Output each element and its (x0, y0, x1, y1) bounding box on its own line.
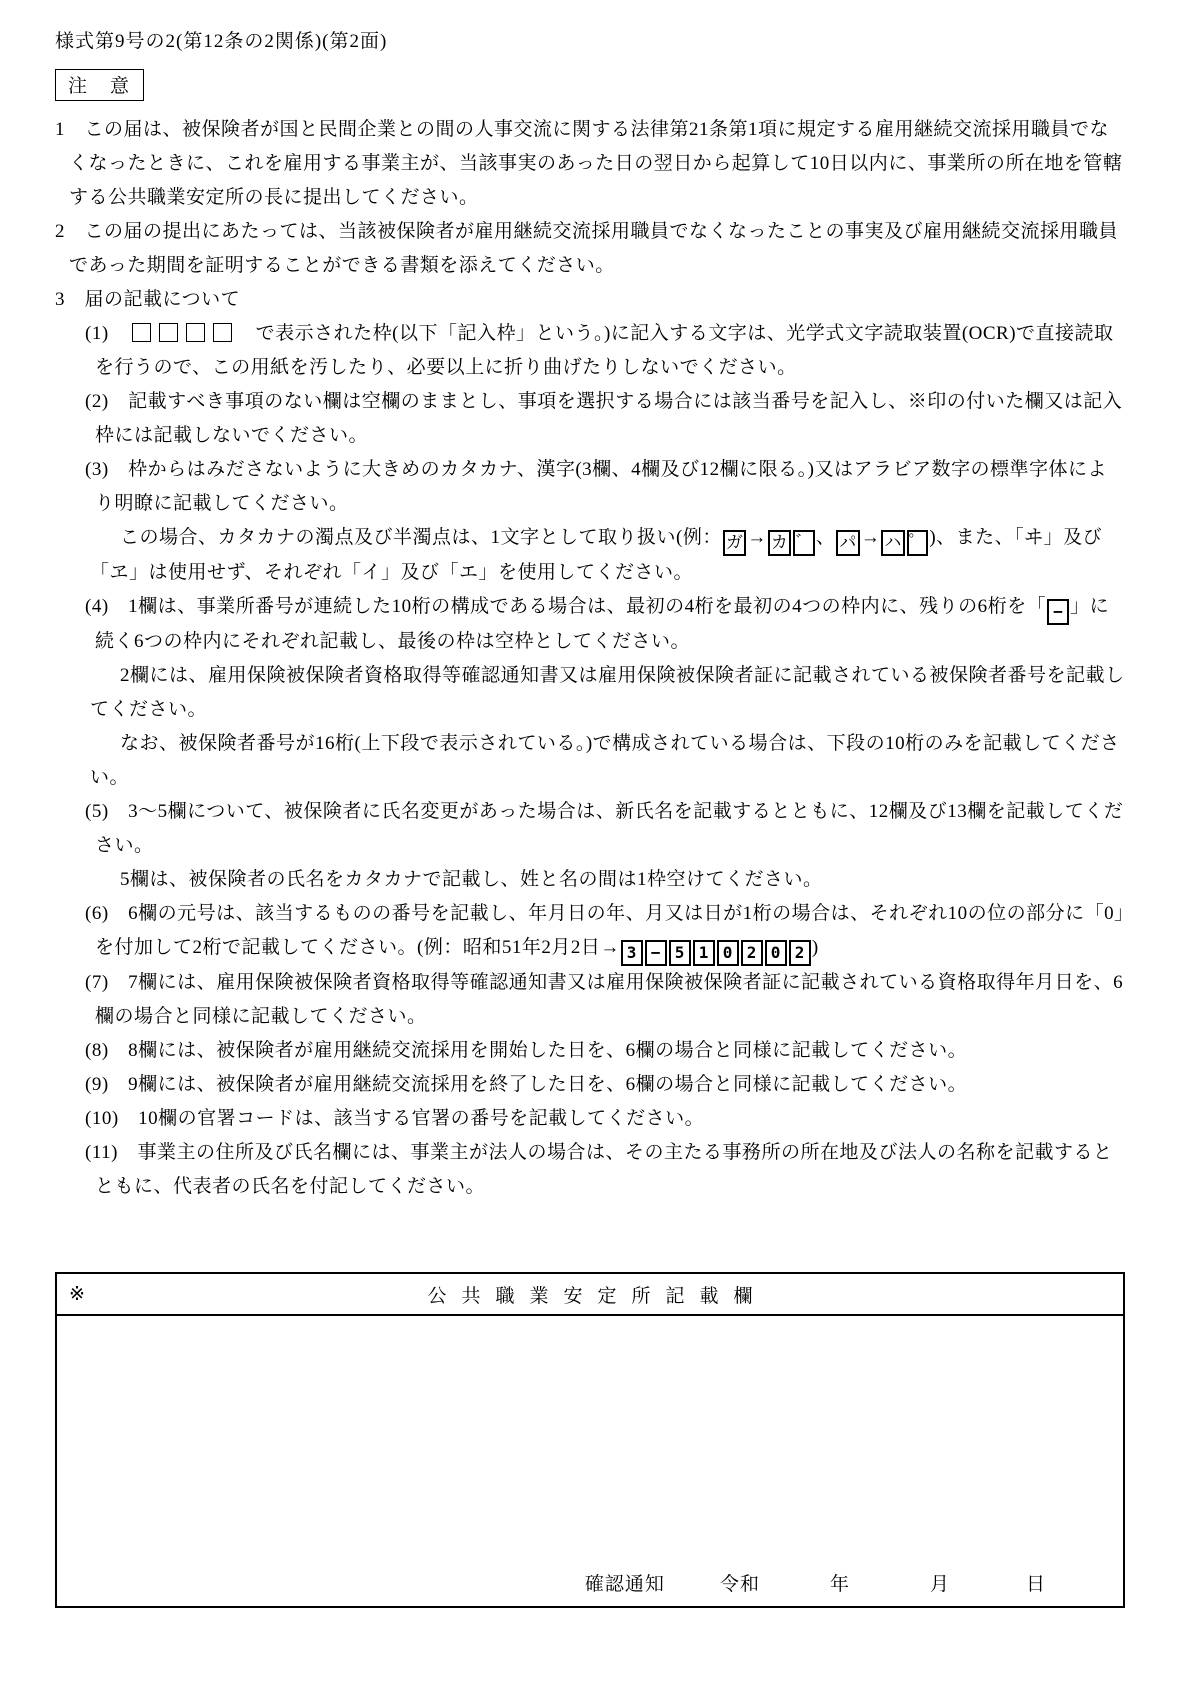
page: { "page": { "title": "様式第9号の2(第12条の2関係)(… (0, 0, 1181, 1695)
entry-box (159, 323, 178, 342)
form-number-title: 様式第9号の2(第12条の2関係)(第2面) (55, 30, 1125, 54)
day-label: 日 (1026, 1569, 1046, 1596)
instruction-paragraph: 5欄は、被保険者の氏名をカタカナで記載し、姓と名の間は1枠空けてください。 (55, 863, 1125, 897)
month-label: 月 (930, 1569, 950, 1596)
office-use-box: ※ 公共職業安定所記載欄 確認通知 令和 年 月 日 (55, 1272, 1125, 1608)
instruction-paragraph: (7) 7欄には、雇用保険被保険者資格取得等確認通知書又は雇用保険被保険者証に記… (55, 966, 1125, 1034)
instruction-paragraph: (8) 8欄には、被保険者が雇用継続交流採用を開始した日を、6欄の場合と同様に記… (55, 1034, 1125, 1068)
instruction-paragraph: (6) 6欄の元号は、該当するものの番号を記載し、年月日の年、月又は日が1桁の場… (55, 897, 1125, 966)
instruction-paragraph: (9) 9欄には、被保険者が雇用継続交流採用を終了した日を、6欄の場合と同様に記… (55, 1068, 1125, 1102)
era-label: 令和 (720, 1569, 760, 1596)
ocr-box-char: ゜ (907, 530, 929, 556)
confirm-notice-label: 確認通知 (585, 1569, 665, 1596)
instruction-paragraph: (5) 3〜5欄について、被保険者に氏名変更があった場合は、新氏名を記載するとと… (55, 795, 1125, 863)
ocr-box-char: 0 (717, 940, 739, 966)
ocr-box-char: 2 (789, 940, 811, 966)
year-label: 年 (830, 1569, 850, 1596)
ocr-box-char: − (645, 940, 667, 966)
instruction-paragraph: 3 届の記載について (55, 283, 1125, 317)
instruction-paragraph: この場合、カタカナの濁点及び半濁点は、1文字として取り扱い(例：ガ→カ゛、パ→ハ… (55, 521, 1125, 590)
office-box-header: ※ 公共職業安定所記載欄 (57, 1274, 1123, 1316)
ocr-box-char: パ (836, 530, 860, 556)
ocr-box-char: 0 (765, 940, 787, 966)
form-sheet: 様式第9号の2(第12条の2関係)(第2面) 注 意 1 この届は、被保険者が国… (0, 0, 1181, 1695)
instruction-paragraph: (2) 記載すべき事項のない欄は空欄のままとし、事項を選択する場合には該当番号を… (55, 385, 1125, 453)
instructions: 1 この届は、被保険者が国と民間企業との間の人事交流に関する法律第21条第1項に… (55, 113, 1125, 1204)
office-box-footer: 確認通知 令和 年 月 日 (57, 1569, 1123, 1606)
instruction-paragraph: (3) 枠からはみださないように大きめのカタカナ、漢字(3欄、4欄及び12欄に限… (55, 453, 1125, 521)
entry-box (213, 323, 232, 342)
notice-label: 注 意 (68, 76, 131, 97)
ocr-box-char: − (1047, 599, 1069, 625)
entry-box (186, 323, 205, 342)
ocr-box-char: カ (768, 530, 792, 556)
ocr-box-char: 3 (621, 940, 643, 966)
instruction-paragraph: なお、被保険者番号が16桁(上下段で表示されている。)で構成されている場合は、下… (55, 727, 1125, 795)
office-box-body (57, 1316, 1123, 1569)
ocr-box-char: ハ (881, 530, 905, 556)
instruction-paragraph: (10) 10欄の官署コードは、該当する官署の番号を記載してください。 (55, 1102, 1125, 1136)
instruction-paragraph: (4) 1欄は、事業所番号が連続した10桁の構成である場合は、最初の4桁を最初の… (55, 590, 1125, 659)
ocr-box-char: ゛ (793, 530, 815, 556)
ocr-box-char: 5 (669, 940, 691, 966)
instruction-paragraph: (1) で表示された枠(以下「記入枠」という。)に記入する文字は、光学式文字読取… (55, 317, 1125, 385)
asterisk-mark: ※ (69, 1283, 85, 1306)
instruction-paragraph: 2欄には、雇用保険被保険者資格取得等確認通知書又は雇用保険被保険者証に記載されて… (55, 659, 1125, 727)
instruction-paragraph: 1 この届は、被保険者が国と民間企業との間の人事交流に関する法律第21条第1項に… (55, 113, 1125, 215)
entry-box (132, 323, 151, 342)
office-box-title: 公共職業安定所記載欄 (412, 1281, 767, 1308)
instruction-paragraph: 2 この届の提出にあたっては、当該被保険者が雇用継続交流採用職員でなくなったこと… (55, 215, 1125, 283)
ocr-box-char: 1 (693, 940, 715, 966)
ocr-box-char: 2 (741, 940, 763, 966)
instruction-paragraph: (11) 事業主の住所及び氏名欄には、事業主が法人の場合は、その主たる事務所の所… (55, 1136, 1125, 1204)
notice-box: 注 意 (55, 69, 144, 101)
ocr-box-char: ガ (723, 530, 747, 556)
